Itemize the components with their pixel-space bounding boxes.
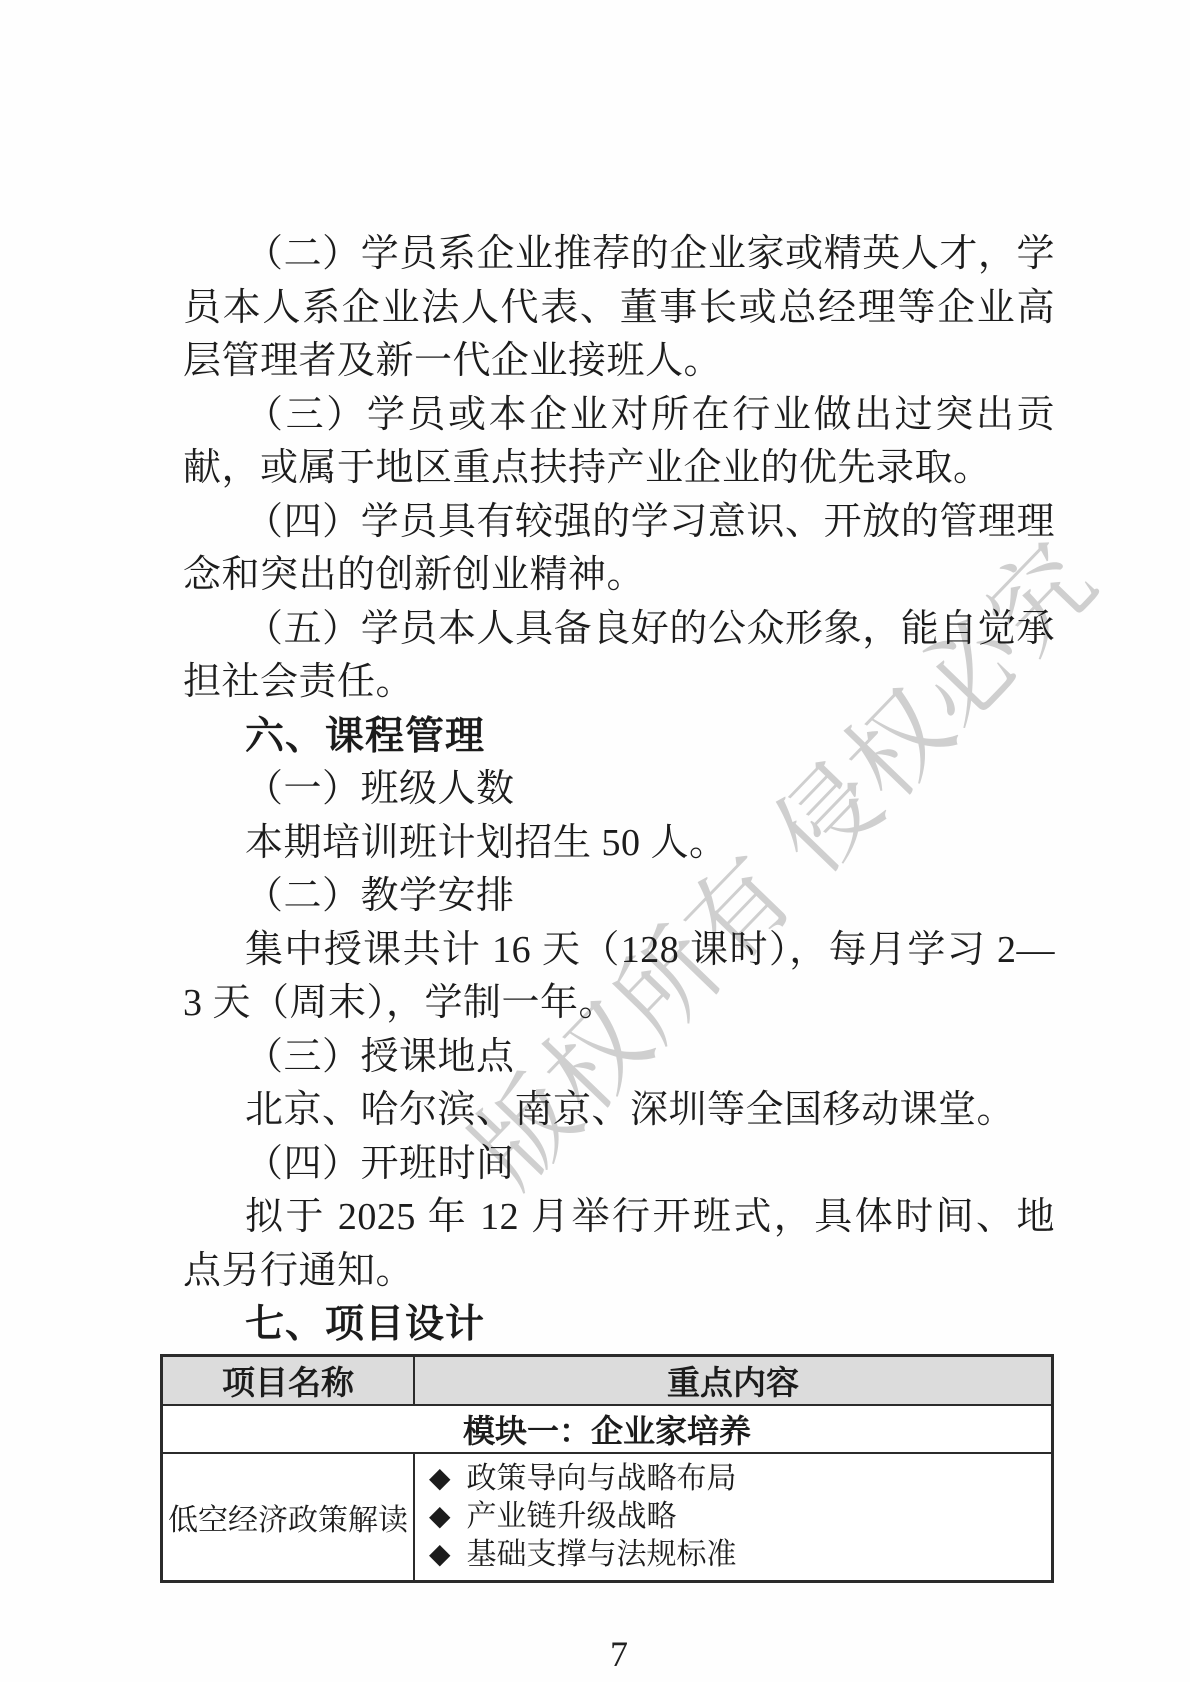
bullet-item: ◆ 政策导向与战略布局	[429, 1460, 1043, 1498]
paragraph: （四）开班时间	[183, 1138, 1055, 1192]
paragraph: 北京、哈尔滨、南京、深圳等全国移动课堂。	[183, 1084, 1055, 1138]
document-content: （二）学员系企业推荐的企业家或精英人才，学员本人系企业法人代表、董事长或总经理等…	[183, 228, 1055, 1675]
bullet-text: 政策导向与战略布局	[467, 1460, 737, 1498]
paragraph: （四）学员具有较强的学习意识、开放的管理理念和突出的创新创业精神。	[183, 496, 1055, 603]
table-header-key-content: 重点内容	[414, 1355, 1053, 1405]
table-row: 低空经济政策解读 ◆ 政策导向与战略布局 ◆ 产业链升级战略 ◆ 基础支撑与法规…	[162, 1453, 1053, 1582]
paragraph: （二）学员系企业推荐的企业家或精英人才，学员本人系企业法人代表、董事长或总经理等…	[183, 228, 1055, 389]
bullet-item: ◆ 基础支撑与法规标准	[429, 1536, 1043, 1574]
document-body: （二）学员系企业推荐的企业家或精英人才，学员本人系企业法人代表、董事长或总经理等…	[183, 228, 1055, 1352]
bullet-text: 基础支撑与法规标准	[467, 1536, 737, 1574]
paragraph: （三）授课地点	[183, 1031, 1055, 1085]
module-title-row: 模块一：企业家培养	[162, 1405, 1053, 1453]
paragraph: 六、课程管理	[183, 710, 1055, 764]
diamond-bullet-icon: ◆	[429, 1460, 451, 1498]
module-title-cell: 模块一：企业家培养	[162, 1405, 1053, 1453]
table-header-project-name: 项目名称	[162, 1355, 415, 1405]
paragraph: 七、项目设计	[183, 1298, 1055, 1352]
paragraph: 集中授课共计 16 天（128 课时），每月学习 2—3 天（周末），学制一年。	[183, 924, 1055, 1031]
document-page: 版权所有 侵权必究 （二）学员系企业推荐的企业家或精英人才，学员本人系企业法人代…	[0, 0, 1190, 1682]
paragraph: （二）教学安排	[183, 870, 1055, 924]
module-items-cell: ◆ 政策导向与战略布局 ◆ 产业链升级战略 ◆ 基础支撑与法规标准	[414, 1453, 1053, 1582]
paragraph: （三）学员或本企业对所在行业做出过突出贡献，或属于地区重点扶持产业企业的优先录取…	[183, 389, 1055, 496]
diamond-bullet-icon: ◆	[429, 1498, 451, 1536]
module-name-cell: 低空经济政策解读	[162, 1453, 415, 1582]
project-design-table: 项目名称 重点内容 模块一：企业家培养 低空经济政策解读 ◆ 政策导向与战略布局…	[160, 1354, 1054, 1583]
bullet-text: 产业链升级战略	[467, 1498, 677, 1536]
paragraph: （一）班级人数	[183, 763, 1055, 817]
table-header-row: 项目名称 重点内容	[162, 1355, 1053, 1405]
paragraph: （五）学员本人具备良好的公众形象，能自觉承担社会责任。	[183, 603, 1055, 710]
paragraph: 本期培训班计划招生 50 人。	[183, 817, 1055, 871]
diamond-bullet-icon: ◆	[429, 1536, 451, 1574]
paragraph: 拟于 2025 年 12 月举行开班式，具体时间、地点另行通知。	[183, 1191, 1055, 1298]
bullet-item: ◆ 产业链升级战略	[429, 1498, 1043, 1536]
page-number: 7	[183, 1633, 1055, 1675]
